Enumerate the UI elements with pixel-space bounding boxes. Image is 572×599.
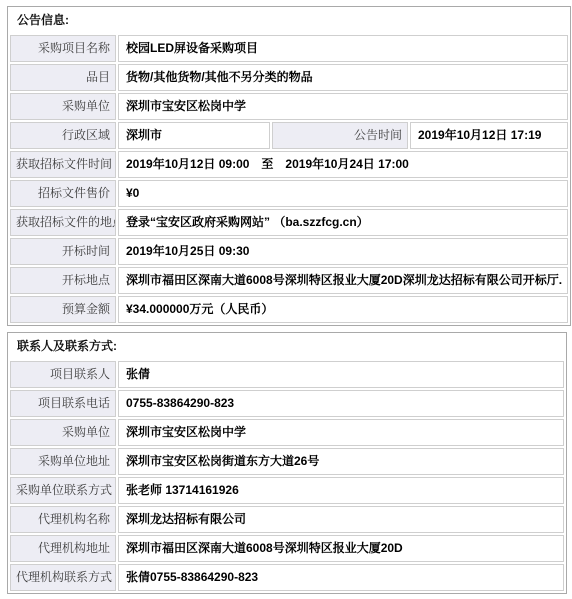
table-row: 采购单位联系方式 张老师 13714161926 [10, 477, 564, 504]
field-value-bid-open-place: 深圳市福田区深南大道6008号深圳特区报业大厦20D深圳龙达招标有限公司开标厅. [118, 267, 568, 294]
table-row: 获取招标文件的地点 登录“宝安区政府采购网站” （ba.szzfcg.cn） [10, 209, 568, 236]
field-value-agency-name: 深圳龙达招标有限公司 [118, 506, 564, 533]
field-label-budget: 预算金额 [10, 296, 116, 323]
section-title-announcement: 公告信息: [10, 9, 568, 33]
field-label-purchaser: 采购单位 [10, 93, 116, 120]
field-label-agency-address: 代理机构地址 [10, 535, 116, 562]
procurement-announcement-page: 公告信息: 采购项目名称 校园LED屏设备采购项目 品目 货物/其他货物/其他不… [0, 0, 572, 599]
field-value-project-phone: 0755-83864290-823 [118, 390, 564, 417]
field-label-agency-contact: 代理机构联系方式 [10, 564, 116, 591]
contacts-table: 联系人及联系方式: 项目联系人 张倩 项目联系电话 0755-83864290-… [7, 332, 567, 594]
table-row: 行政区域 深圳市 公告时间 2019年10月12日 17:19 [10, 122, 568, 149]
field-value-doc-obtain-place: 登录“宝安区政府采购网站” （ba.szzfcg.cn） [118, 209, 568, 236]
field-value-project-contact: 张倩 [118, 361, 564, 388]
table-row: 预算金额 ¥34.000000万元（人民币） [10, 296, 568, 323]
field-value-agency-address: 深圳市福田区深南大道6008号深圳特区报业大厦20D [118, 535, 564, 562]
field-value-purchaser-contact: 张老师 13714161926 [118, 477, 564, 504]
table-row: 招标文件售价 ¥0 [10, 180, 568, 207]
table-row: 采购单位地址 深圳市宝安区松岗街道东方大道26号 [10, 448, 564, 475]
table-row: 品目 货物/其他货物/其他不另分类的物品 [10, 64, 568, 91]
field-label-purchaser-address: 采购单位地址 [10, 448, 116, 475]
field-value-doc-obtain-time: 2019年10月12日 09:00 至 2019年10月24日 17:00 [118, 151, 568, 178]
field-value-purchaser: 深圳市宝安区松岗中学 [118, 93, 568, 120]
table-row: 代理机构地址 深圳市福田区深南大道6008号深圳特区报业大厦20D [10, 535, 564, 562]
table-row: 采购单位 深圳市宝安区松岗中学 [10, 419, 564, 446]
field-value-category: 货物/其他货物/其他不另分类的物品 [118, 64, 568, 91]
field-value-doc-price: ¥0 [118, 180, 568, 207]
field-value-region: 深圳市 [118, 122, 270, 149]
field-value-agency-contact: 张倩0755-83864290-823 [118, 564, 564, 591]
field-label-project-contact: 项目联系人 [10, 361, 116, 388]
field-label-agency-name: 代理机构名称 [10, 506, 116, 533]
field-label-bid-open-time: 开标时间 [10, 238, 116, 265]
table-row: 开标地点 深圳市福田区深南大道6008号深圳特区报业大厦20D深圳龙达招标有限公… [10, 267, 568, 294]
field-label-region: 行政区域 [10, 122, 116, 149]
table-row: 代理机构联系方式 张倩0755-83864290-823 [10, 564, 564, 591]
announcement-table: 公告信息: 采购项目名称 校园LED屏设备采购项目 品目 货物/其他货物/其他不… [7, 6, 571, 326]
field-label-category: 品目 [10, 64, 116, 91]
table-row: 采购项目名称 校园LED屏设备采购项目 [10, 35, 568, 62]
field-label-bid-open-place: 开标地点 [10, 267, 116, 294]
field-value-purchaser2: 深圳市宝安区松岗中学 [118, 419, 564, 446]
field-value-announce-time: 2019年10月12日 17:19 [410, 122, 568, 149]
field-value-purchaser-address: 深圳市宝安区松岗街道东方大道26号 [118, 448, 564, 475]
field-value-bid-open-time: 2019年10月25日 09:30 [118, 238, 568, 265]
table-row: 采购单位 深圳市宝安区松岗中学 [10, 93, 568, 120]
field-label-doc-price: 招标文件售价 [10, 180, 116, 207]
table-row: 开标时间 2019年10月25日 09:30 [10, 238, 568, 265]
table-row: 项目联系电话 0755-83864290-823 [10, 390, 564, 417]
section-header-row: 联系人及联系方式: [10, 335, 564, 359]
section-header-row: 公告信息: [10, 9, 568, 33]
field-value-budget: ¥34.000000万元（人民币） [118, 296, 568, 323]
field-label-project-name: 采购项目名称 [10, 35, 116, 62]
field-value-project-name: 校园LED屏设备采购项目 [118, 35, 568, 62]
field-label-announce-time: 公告时间 [272, 122, 408, 149]
table-row: 获取招标文件时间 2019年10月12日 09:00 至 2019年10月24日… [10, 151, 568, 178]
field-label-purchaser2: 采购单位 [10, 419, 116, 446]
field-label-purchaser-contact: 采购单位联系方式 [10, 477, 116, 504]
field-label-project-phone: 项目联系电话 [10, 390, 116, 417]
field-label-doc-obtain-place: 获取招标文件的地点 [10, 209, 116, 236]
field-label-doc-obtain-time: 获取招标文件时间 [10, 151, 116, 178]
section-title-contacts: 联系人及联系方式: [10, 335, 564, 359]
table-row: 项目联系人 张倩 [10, 361, 564, 388]
table-row: 代理机构名称 深圳龙达招标有限公司 [10, 506, 564, 533]
